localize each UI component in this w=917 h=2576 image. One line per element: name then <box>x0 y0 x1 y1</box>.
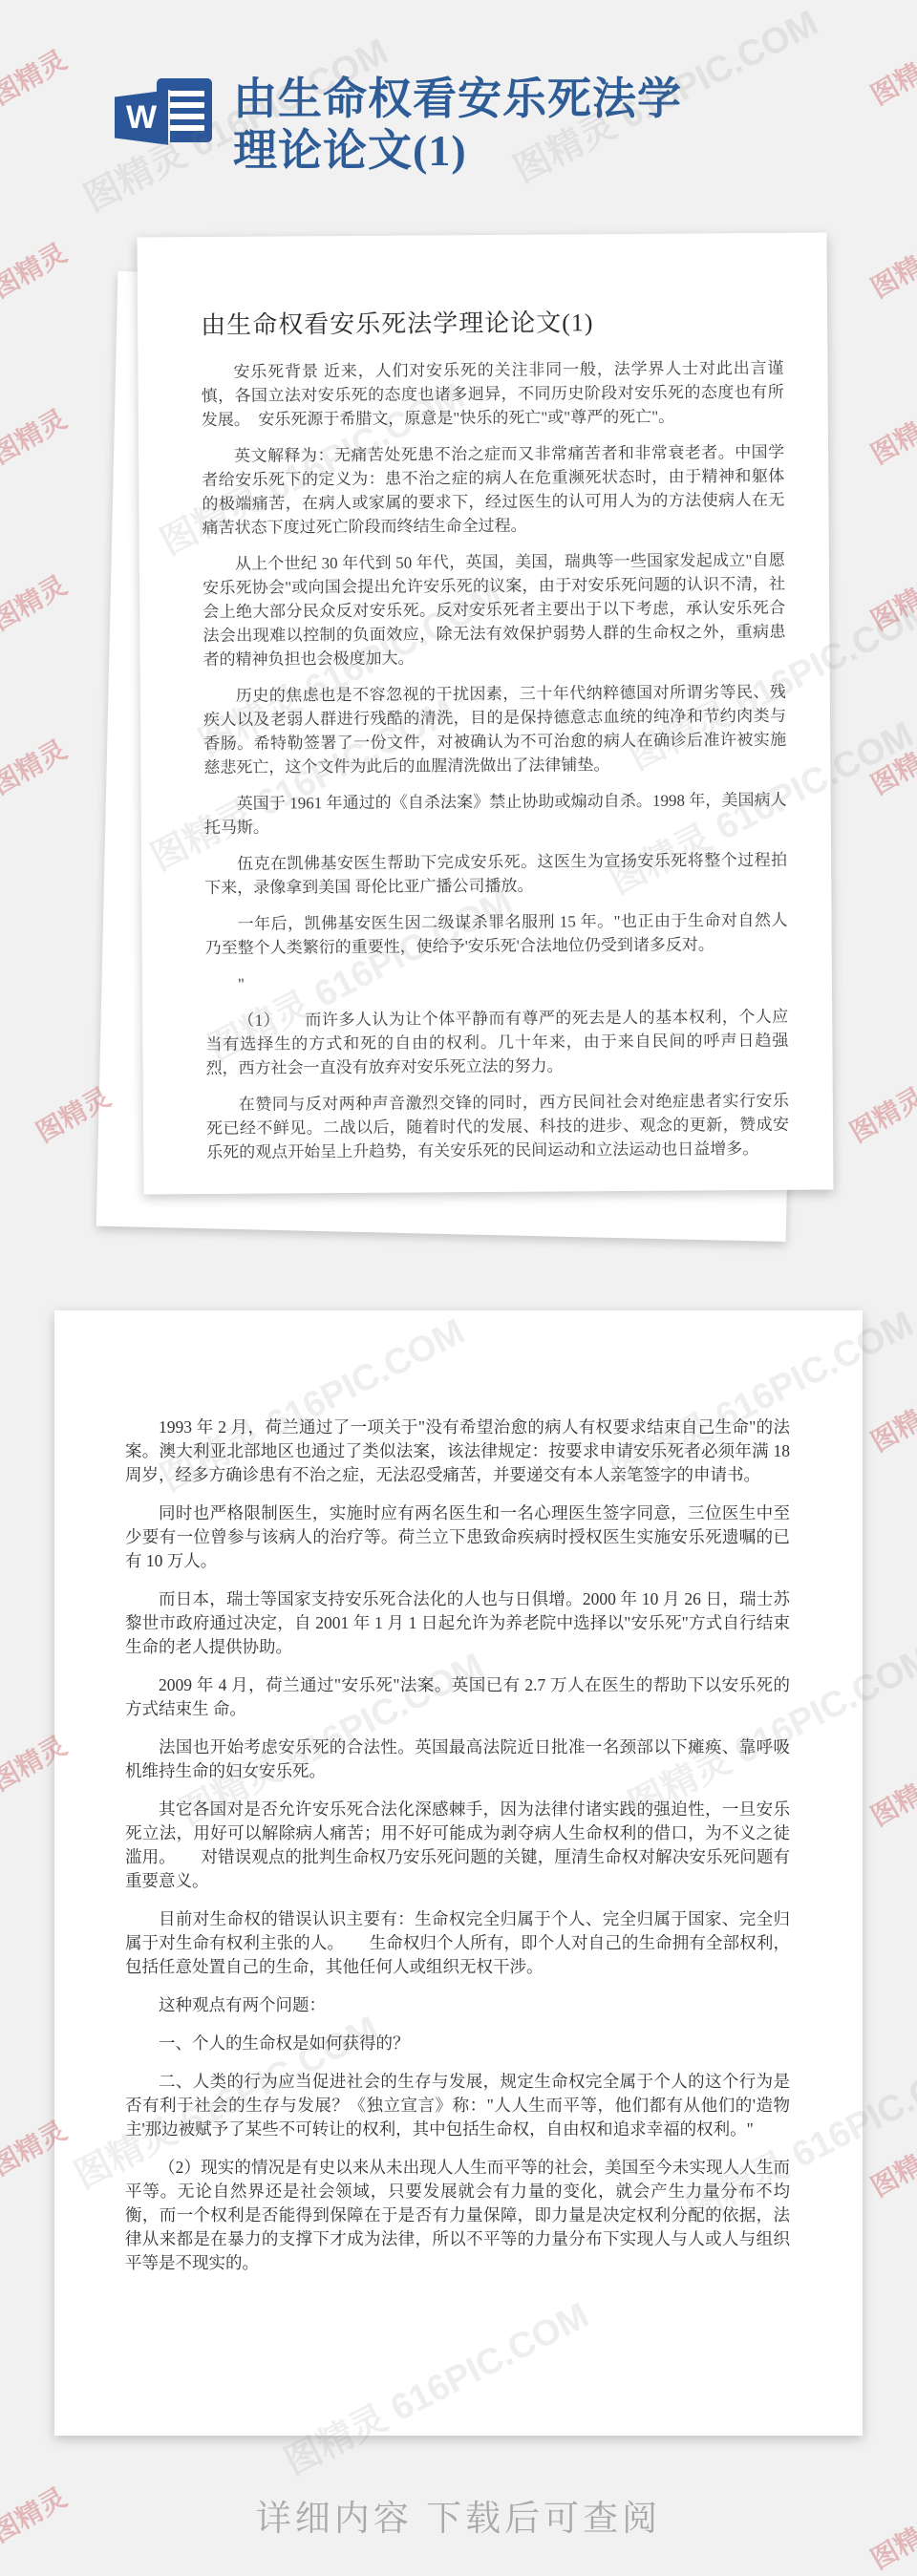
paragraph: 而日本，瑞士等国家支持安乐死合法化的人也与日俱增。2000 年 10 月 26 … <box>125 1587 790 1659</box>
watermark-stamp: 图精灵 <box>864 399 917 473</box>
paragraph: 其它各国对是否允许安乐死合法化深感棘手，因为法律付诸实践的强迫性，一旦安乐死立法… <box>125 1798 790 1893</box>
page-title: 由生命权看安乐死法学理论论文(1) <box>233 74 711 177</box>
paragraph: 从上个世纪 30 年代到 50 年代，英国，美国，瑞典等一些国家发起成立"自愿安… <box>203 548 786 671</box>
watermark-stamp: 图精灵 <box>842 1077 917 1151</box>
paragraph: 法国也开始考虑安乐死的合法性。英国最高法院近日批准一名颈部以下瘫痪、靠呼吸机维持… <box>125 1735 790 1783</box>
paragraph: 目前对生命权的错误认识主要有：生命权完全归属于个人、完全归属于国家、完全归属于对… <box>125 1907 790 1979</box>
watermark-stamp: 图精灵 <box>0 233 73 307</box>
watermark-stamp: 图精灵 <box>864 40 917 114</box>
paragraph: 历史的焦虑也是不容忽视的干扰因素，三十年代纳粹德国对所谓劣等民、残疾人以及老弱人… <box>203 680 787 779</box>
page2-paragraphs: 1993 年 2 月，荷兰通过了一项关于"没有希望治愈的病人有权要求结束自己生命… <box>125 1416 790 2275</box>
watermark-stamp: 图精灵 <box>864 2132 917 2205</box>
watermark-stamp: 图精灵 <box>864 565 917 639</box>
paragraph: 英文解释为：无痛苦处死患不治之症而又非常痛苦者和非常衰老者。中国学者给安乐死下的… <box>202 440 785 540</box>
paragraph: 一年后，凯佛基安医生因二级谋杀罪名服刑 15 年。"也正由于生命对自然人乃至整个… <box>204 908 787 960</box>
paragraph: 一、个人的生命权是如何获得的？ <box>125 2032 790 2055</box>
doc-line <box>164 114 204 119</box>
watermark-stamp: 图精灵 <box>0 565 73 639</box>
doc-line <box>164 125 204 131</box>
doc-line <box>164 102 204 108</box>
paragraph: 英国于 1961 年通过的《自杀法案》禁止协助或煽动自杀。1998 年，美国病人… <box>204 788 787 840</box>
paragraph: " <box>205 969 788 996</box>
page1-paragraphs: 安乐死背景 近来，人们对安乐死的关注非同一般，法学界人士对此出言谨慎，各国立法对… <box>201 356 789 1164</box>
watermark-stamp: 图精灵 <box>0 730 73 803</box>
document-page-1: 由生命权看安乐死法学理论论文(1) 安乐死背景 近来，人们对安乐死的关注非同一般… <box>138 232 834 1194</box>
paragraph: 这种观点有两个问题： <box>125 1993 790 2017</box>
paragraph: 伍克在凯佛基安医生帮助下完成安乐死。这医生为宣扬安乐死将整个过程拍下来，录像拿到… <box>204 848 787 900</box>
paragraph: 二、人类的行为应当促进社会的生存与发展，规定生命权完全属于个人的这个行为是否有利… <box>125 2070 790 2141</box>
paragraph: （1） 而许多人认为让个体平静而有尊严的死去是人的基本权利，个人应当有选择生的方… <box>205 1005 789 1080</box>
paragraph: 1993 年 2 月，荷兰通过了一项关于"没有希望治愈的病人有权要求结束自己生命… <box>125 1416 790 1487</box>
paragraph: 同时也严格限制医生，实施时应有两名医生和一名心理医生签字同意，三位医生中至少要有… <box>125 1501 790 1573</box>
document-page-2: 1993 年 2 月，荷兰通过了一项关于"没有希望治愈的病人有权要求结束自己生命… <box>54 1310 863 2436</box>
doc-line <box>164 91 204 96</box>
watermark-stamp: 图精灵 <box>864 1761 917 1835</box>
paragraph: 2009 年 4 月，荷兰通过"安乐死"法案。英国已有 2.7 万人在医生的帮助… <box>125 1673 790 1721</box>
watermark-stamp: 图精灵 <box>864 1387 917 1460</box>
word-flag-shape: W <box>115 90 170 145</box>
watermark-stamp: 图精灵 <box>0 40 73 114</box>
paragraph: （2）现实的情况是有史以来从未出现人人生而平等的社会，美国至今未实现人人生而平等… <box>125 2156 790 2275</box>
watermark-stamp: 图精灵 <box>0 399 73 473</box>
word-icon: W <box>115 78 210 147</box>
watermark-stamp: 图精灵 <box>864 730 917 803</box>
paragraph: 在赞同与反对两种声音激烈交锋的同时，西方民间社会对绝症患者实行安乐死已经不鲜见。… <box>206 1089 790 1164</box>
footer-hint: 详细内容 下载后可查阅 <box>0 2489 917 2541</box>
word-icon-letter: W <box>126 101 157 134</box>
watermark-stamp: 图精灵 <box>864 233 917 307</box>
document-title: 由生命权看安乐死法学理论论文(1) <box>201 302 783 341</box>
paragraph: 安乐死背景 近来，人们对安乐死的关注非同一般，法学界人士对此出言谨慎，各国立法对… <box>201 356 784 432</box>
